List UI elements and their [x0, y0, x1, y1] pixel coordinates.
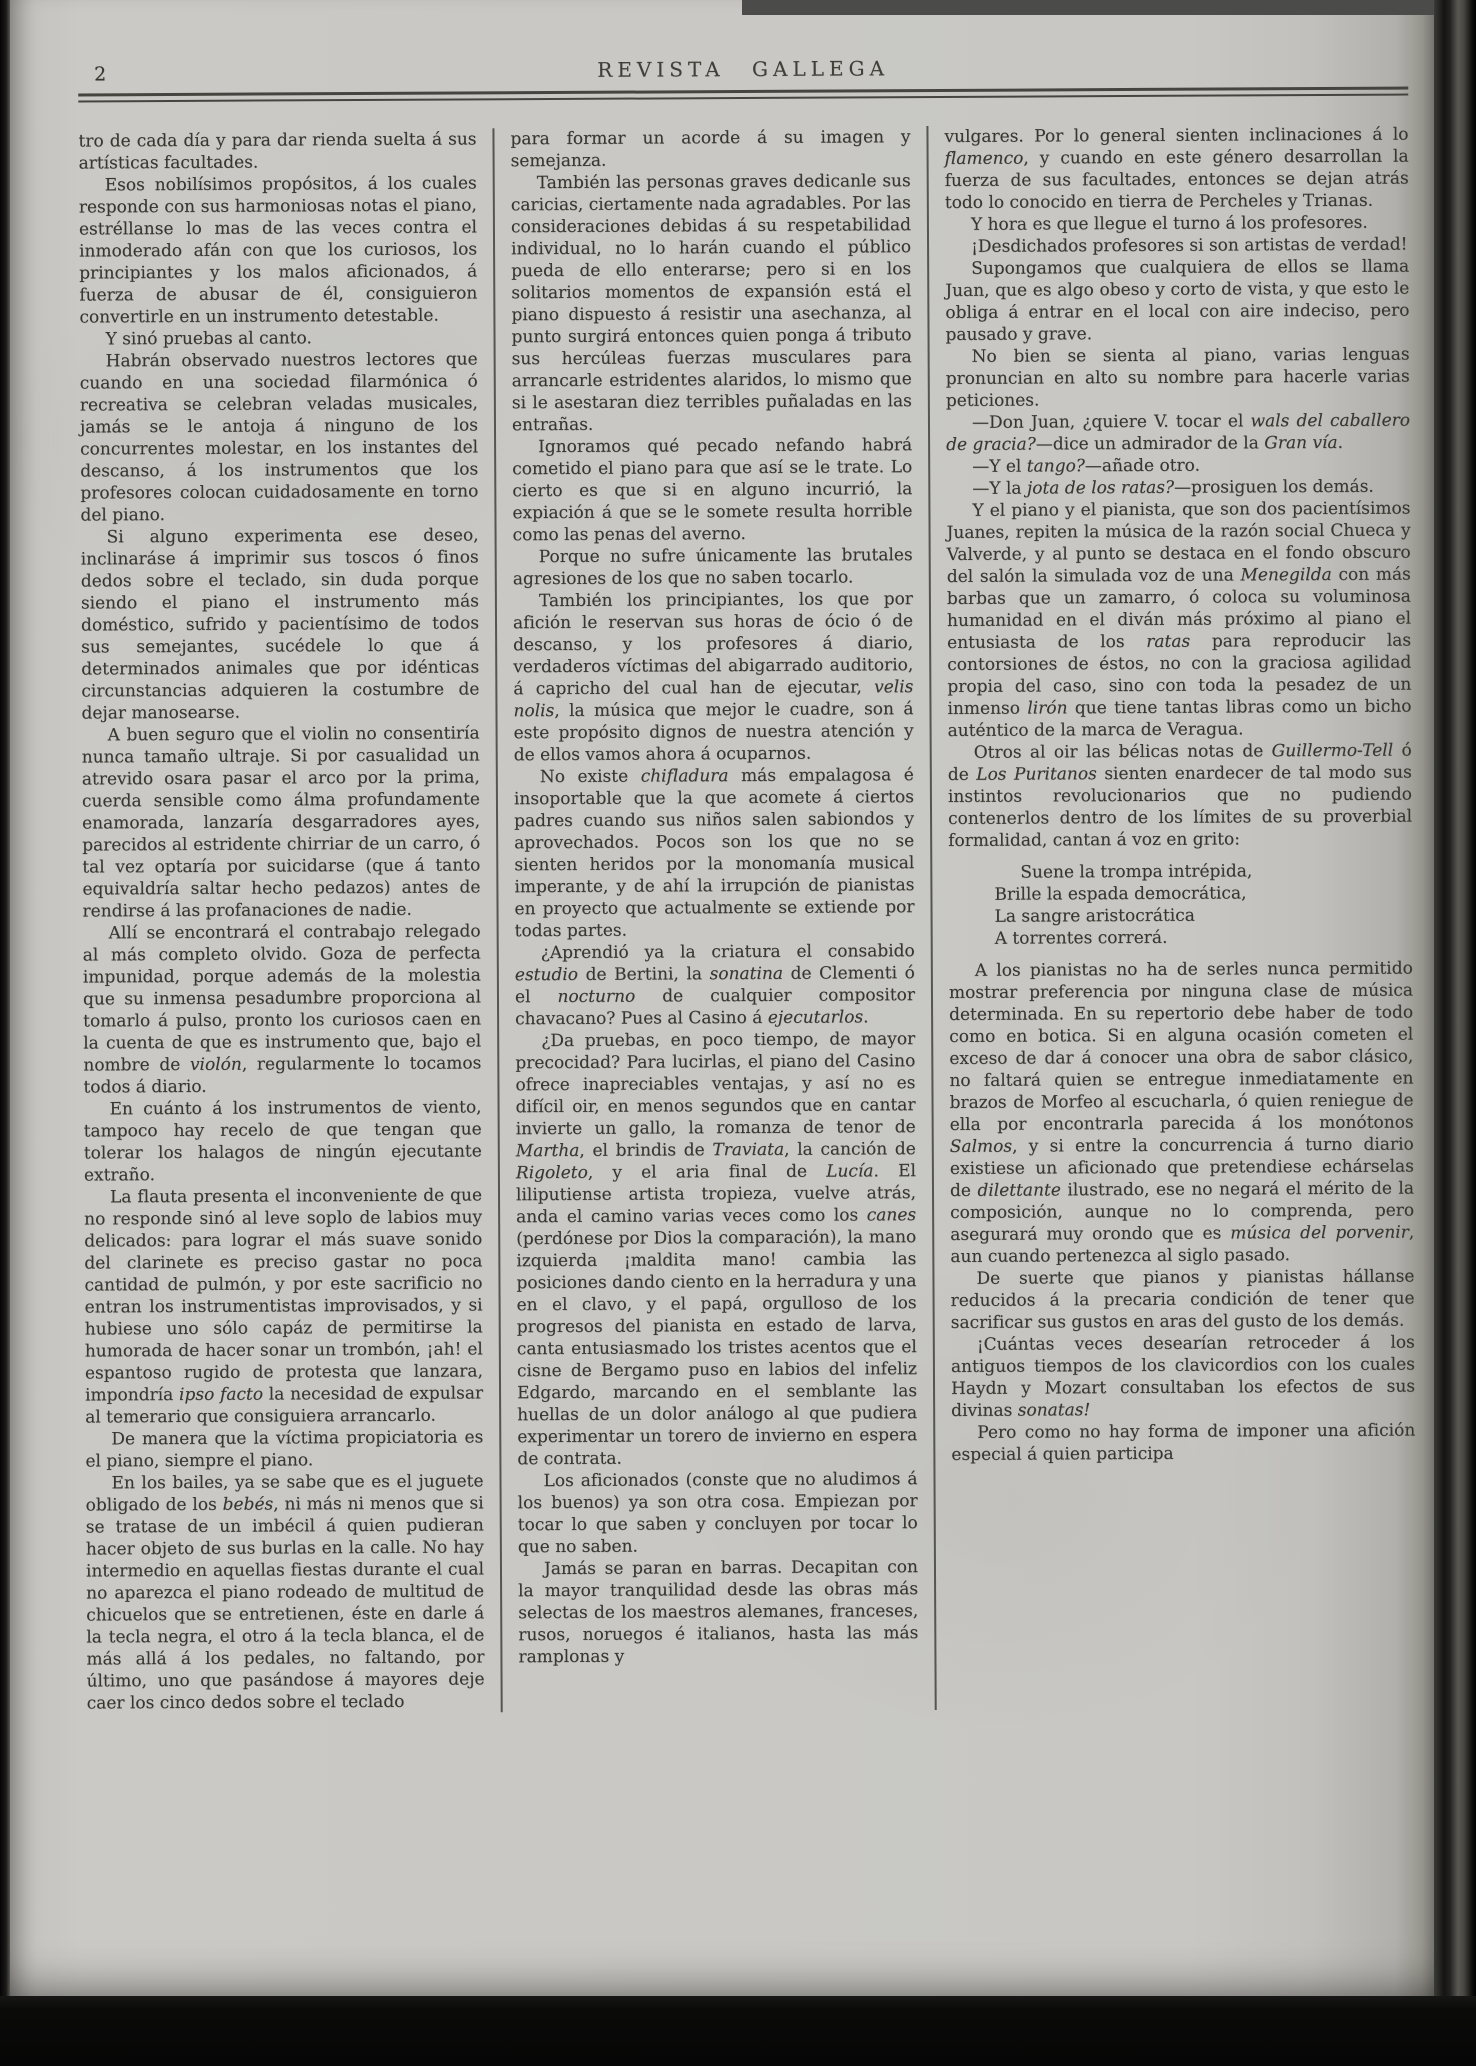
paragraph: —Y el tango?—añade otro. — [946, 454, 1410, 478]
paragraph: En los bailes, ya se sabe que es el jugu… — [85, 1470, 484, 1714]
paragraph: De suerte que pianos y pianistas hállans… — [950, 1266, 1414, 1334]
paragraph: Y sinó pruebas al canto. — [79, 326, 477, 350]
columns-container: tro de cada día y para dar rienda suelta… — [78, 124, 1416, 1715]
paragraph: Porque no sufre únicamente las brutales … — [513, 544, 913, 590]
paragraph: De manera que la víctima propiciatoria e… — [85, 1426, 483, 1472]
paragraph: tro de cada día y para dar rienda suelta… — [78, 128, 476, 174]
paragraph: Y el piano y el pianista, que son dos pa… — [946, 498, 1411, 742]
paragraph: Habrán observado nuestros lectores que c… — [80, 348, 479, 526]
paragraph: En cuánto á los instrumentos de viento, … — [84, 1096, 482, 1186]
text-column-2: para formar un acorde á su imagen y seme… — [510, 126, 918, 1712]
text-column-3: vulgares. Por lo general sienten inclina… — [944, 124, 1416, 1710]
column-divider-1 — [492, 128, 502, 1712]
paragraph: Pero como no hay forma de imponer una af… — [951, 1419, 1415, 1465]
paragraph: Jamás se paran en barras. Decapitan con … — [518, 1556, 919, 1668]
paragraph: No existe chifladura más empalagosa é in… — [514, 764, 915, 942]
paragraph: para formar un acorde á su imagen y seme… — [510, 126, 910, 172]
page-content: 2 REVISTA GALLEGA tro de cada día y para… — [78, 41, 1417, 1715]
column-divider-2 — [926, 126, 936, 1710]
paragraph: A buen seguro que el violin no consentir… — [82, 722, 481, 922]
paragraph: También los principiantes, los que por a… — [513, 588, 914, 766]
paragraph: Ignoramos qué pecado nefando habrá comet… — [512, 434, 913, 546]
paragraph: La flauta presenta el inconveniente de q… — [84, 1184, 483, 1428]
paragraph: Y hora es que llegue el turno á los prof… — [945, 212, 1409, 236]
paragraph: ¡Desdichados profesores si son artistas … — [945, 234, 1409, 258]
paragraph: También las personas graves dedicanle su… — [511, 170, 912, 436]
scanned-page: 2 REVISTA GALLEGA tro de cada día y para… — [10, 0, 1434, 1996]
text-column-1: tro de cada día y para dar rienda suelta… — [78, 128, 484, 1714]
paragraph: vulgares. Por lo general sienten inclina… — [944, 124, 1408, 214]
paragraph: Si alguno experimenta ese deseo, inclina… — [81, 524, 480, 724]
paragraph: A los pianistas no ha de serles nunca pe… — [949, 958, 1415, 1268]
paragraph: ¿Da pruebas, en poco tiempo, de mayor pr… — [515, 1028, 917, 1470]
verse-quote: Suene la trompa intrépida,Brille la espa… — [994, 860, 1412, 950]
paragraph: Allí se encontrará el contrabajo relegad… — [83, 920, 482, 1098]
paragraph: Los aficionados (conste que no aludimos … — [517, 1468, 917, 1558]
paragraph: Otros al oir las bélicas notas de Guille… — [948, 740, 1413, 852]
paragraph: ¡Cuántas veces desearían retroceder á lo… — [951, 1332, 1415, 1422]
paragraph: —Don Juan, ¿quiere V. tocar el wals del … — [946, 410, 1410, 456]
paragraph: Esos nobilísimos propósitos, á los cuale… — [79, 172, 478, 328]
paragraph: —Y la jota de los ratas?—prosiguen los d… — [946, 476, 1410, 500]
paragraph: ¿Aprendió ya la criatura el consabido es… — [515, 940, 915, 1030]
paragraph: Supongamos que cualquiera de ellos se ll… — [945, 256, 1409, 346]
scan-edge-left — [0, 0, 10, 2066]
masthead-title: REVISTA GALLEGA — [78, 54, 1408, 85]
page-header: 2 REVISTA GALLEGA — [78, 41, 1408, 94]
book-spine-shadow — [1434, 0, 1476, 2066]
paragraph: No bien se sienta al piano, varias lengu… — [946, 344, 1410, 412]
scan-edge-bottom — [0, 1996, 1476, 2066]
scan-edge-top — [742, 0, 1476, 15]
